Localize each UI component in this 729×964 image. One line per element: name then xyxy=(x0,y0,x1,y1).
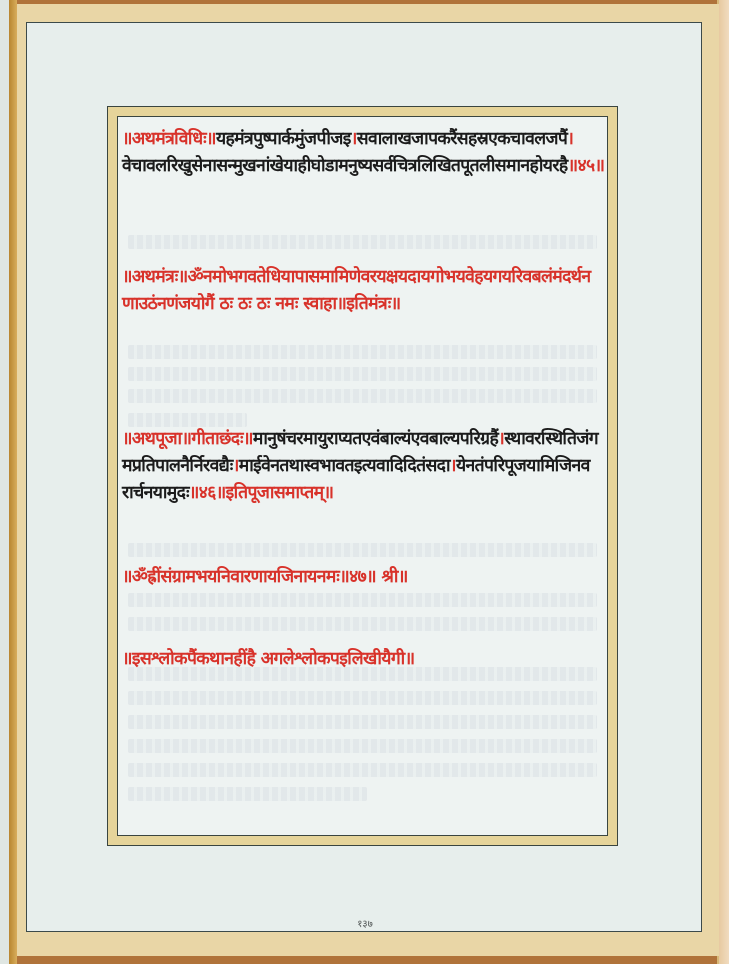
section-mantra-vidhi: ॥अथमंत्रविधिः॥यहमंत्रपुष्पार्कमुंजपीजइ।स… xyxy=(122,126,606,180)
book-binding xyxy=(9,0,17,964)
section-om-hrim: ॥ॐह्रींसंग्रामभयनिवारणायजिनायनमः॥४७॥ श्र… xyxy=(122,564,606,591)
page-number: १३७ xyxy=(340,916,390,930)
bleed-through-line xyxy=(128,345,597,359)
section-heading: ॥अथपूजा॥गीताछंदः॥ xyxy=(122,429,253,449)
section-heading: ॥अथमंत्रविधिः॥ xyxy=(122,129,216,149)
page-right-edge xyxy=(719,0,729,964)
section-atha-mantra: ॥अथमंत्रः॥ॐनमोभगवतेधियापासमामिणेवरयक्षयद… xyxy=(122,264,606,318)
bleed-through-line xyxy=(128,617,597,631)
bleed-through-line xyxy=(128,389,597,403)
verse-text: वेचावलरिखुसेनासन्मुखनांखेयाहीघोडामनुष्यस… xyxy=(122,156,568,176)
verse-text: मानुषंचरमायुराप्यतएवंबाल्यंएवबाल्यपरिग्र… xyxy=(253,429,498,449)
bleed-through-line xyxy=(128,593,597,607)
bleed-through-line xyxy=(128,235,597,249)
section-closing-note: ॥इसश्लोकपैंकथानहींहै अगलेश्लोकपइलिखीयैगी… xyxy=(122,646,606,673)
page-bottom-edge xyxy=(17,956,717,964)
verse-text: सवालाखजापकरैंसहस्रएकचावलजपैं xyxy=(357,129,567,149)
section-atha-puja: ॥अथपूजा॥गीताछंदः॥मानुषंचरमायुराप्यतएवंबा… xyxy=(122,426,606,507)
bleed-through-line xyxy=(128,543,597,557)
verse-text: माईवेनतथास्वभावतइत्यवादिदितंसदा xyxy=(239,456,450,476)
verse-number: ॥४५॥ xyxy=(568,156,605,176)
mantra-text: ॥अथमंत्रः॥ॐनमोभगवतेधियापासमामिणेवरयक्षयद… xyxy=(122,267,591,314)
verse-number-colophon: ॥४६॥इतिपूजासमाप्तम्॥ xyxy=(189,483,333,503)
bleed-through-line xyxy=(128,739,597,753)
bleed-through-line xyxy=(128,691,597,705)
bleed-through-line xyxy=(128,413,247,427)
bleed-through-line xyxy=(128,787,367,801)
bleed-through-line xyxy=(128,715,597,729)
verse-text: यहमंत्रपुष्पार्कमुंजपीजइ xyxy=(216,129,351,149)
danda-mark: । xyxy=(567,129,573,149)
bleed-through-line xyxy=(128,763,597,777)
invocation-text: ॥ॐह्रींसंग्रामभयनिवारणायजिनायनमः॥४७॥ श्र… xyxy=(122,567,408,587)
bleed-through-line xyxy=(128,367,597,381)
closing-note-text: ॥इसश्लोकपैंकथानहींहै अगलेश्लोकपइलिखीयैगी… xyxy=(122,649,415,669)
